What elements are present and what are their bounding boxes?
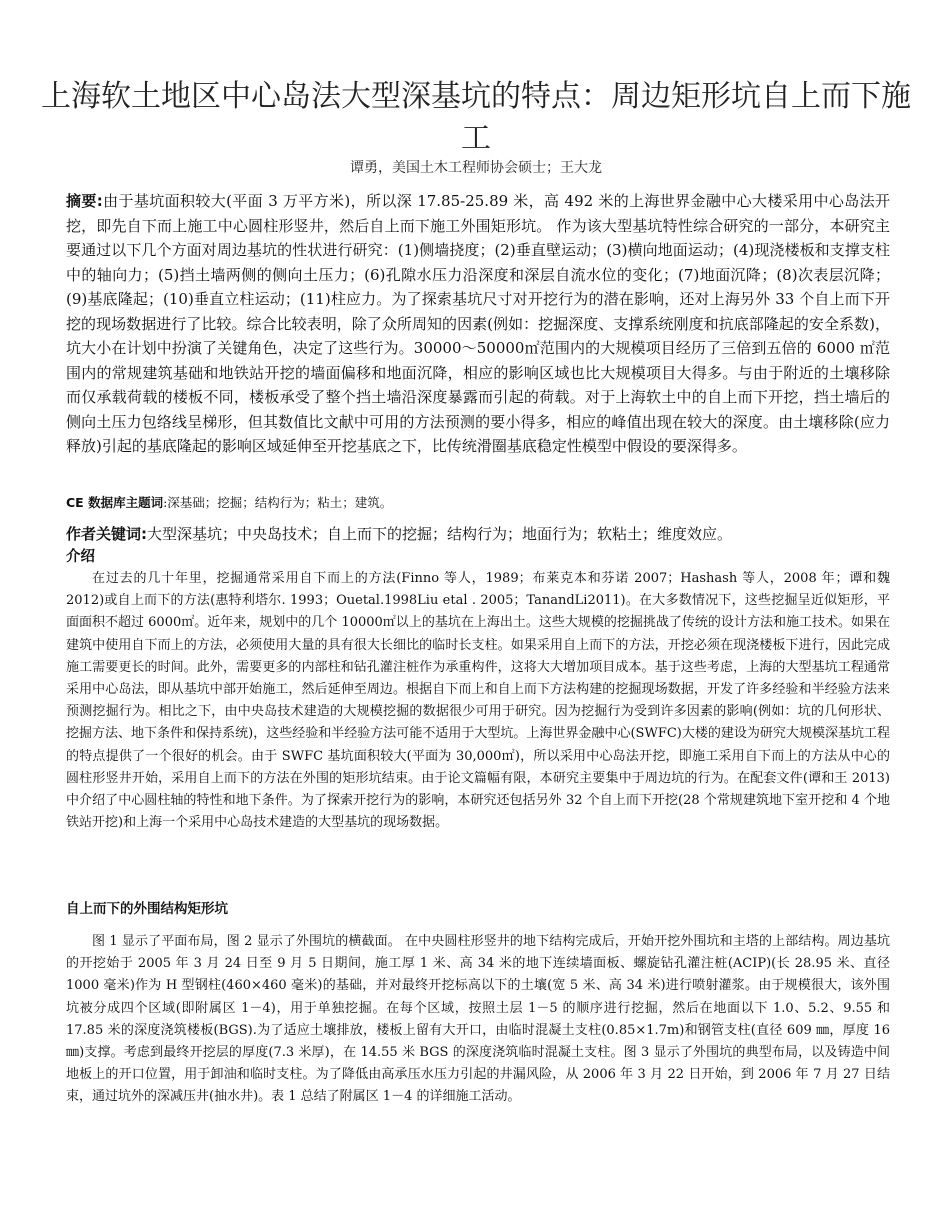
perimeter-pit-paragraph: 图 1 显示了平面布局，图 2 显示了外围坑的横截面。 在中央圆柱形竖井的地下结… [66, 931, 890, 1109]
author-keywords: 作者关键词:大型深基坑；中央岛技术；自上而下的挖掘；结构行为；地面行为；软粘土；… [66, 523, 890, 545]
document-page: 上海软土地区中心岛法大型深基坑的特点：周边矩形坑自上而下施工 谭勇，美国土木工程… [0, 0, 952, 1232]
abstract-text: 由于基坑面积较大(平面 3 万平方米)，所以深 17.85-25.89 米，高 … [66, 192, 890, 455]
ce-subject-headings-label: CE 数据库主题词 [66, 495, 163, 510]
section-heading-introduction: 介绍 [66, 546, 95, 568]
abstract: 摘要:由于基坑面积较大(平面 3 万平方米)，所以深 17.85-25.89 米… [66, 189, 890, 459]
abstract-label: 摘要: [66, 192, 103, 210]
author-line: 谭勇，美国土木工程师协会硕士；王大龙 [0, 158, 952, 178]
author-keywords-label: 作者关键词: [66, 525, 147, 543]
section-heading-perimeter-pit: 自上而下的外围结构矩形坑 [66, 899, 228, 919]
author-keywords-text: 大型深基坑；中央岛技术；自上而下的挖掘；结构行为；地面行为；软粘土；维度效应。 [147, 525, 732, 543]
ce-subject-headings: CE 数据库主题词:深基础；挖掘；结构行为；粘土；建筑。 [66, 494, 890, 512]
ce-subject-headings-text: :深基础；挖掘；结构行为；粘土；建筑。 [163, 495, 392, 510]
introduction-paragraph: 在过去的几十年里，挖掘通常采用自下而上的方法(Finno 等人，1989；布莱克… [66, 568, 890, 834]
paper-title: 上海软土地区中心岛法大型深基坑的特点：周边矩形坑自上而下施工 [40, 76, 912, 160]
